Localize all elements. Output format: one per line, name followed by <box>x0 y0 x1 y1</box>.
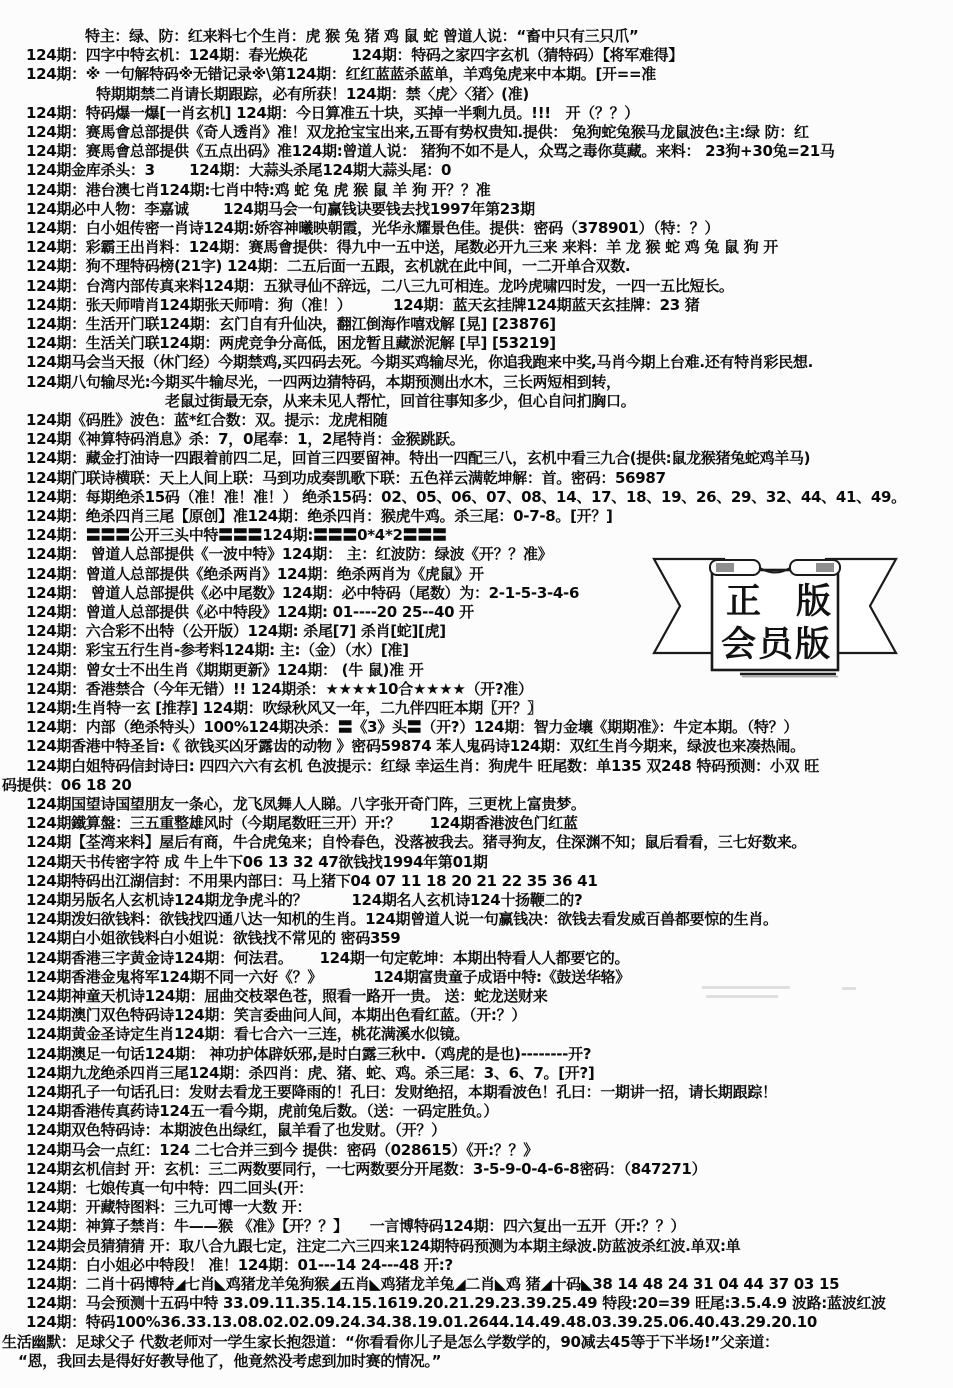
text-line: 124期：特码100%36.33.13.08.02.02.09.24.34.38… <box>26 1313 817 1332</box>
text-line: 124期：狗不理特码榜(21字) 124期：二五后面一五跟，玄机就在此中间，一二… <box>26 257 630 276</box>
text-line: 124期孔子一句话孔曰：发财去看龙王要降雨的！孔曰：发财绝招，本期看波色！孔曰：… <box>26 1083 777 1102</box>
scan-artifact <box>702 986 790 989</box>
text-line: 124期九龙绝杀四肖三尾124期：杀四肖：虎、猪、蛇、鸡。杀三尾：3、6、7。[… <box>26 1064 594 1083</box>
text-line: 124期香港金鬼将军124期不同一六好《？》 124期富贵童子成语中特:《鼓送华… <box>26 968 630 987</box>
text-line: 124期：曾道人总部提供《绝杀两肖》124期：绝杀两肖为《虎鼠》开 <box>26 565 484 584</box>
text-line: 124期：曾道人总部提供《必中特段》124期: 01----20 25--40 … <box>26 603 474 622</box>
text-line: 124期： 曾道人总部提供《必中尾数》124期：必中特码（尾数）为：2-1-5-… <box>26 584 579 603</box>
text-line: 码提供：06 18 20 <box>2 776 131 795</box>
scroll-roll-shade-left <box>716 563 734 572</box>
text-line: 124期马会当天报（休门经）今期禁鸡,买四码去死。今期买鸡输尽光，你追我跑来中奖… <box>26 353 813 372</box>
text-line: 124期：白小姐必中特段！ 准！124期：01---14 24---48 开:? <box>26 1256 453 1275</box>
text-line: 124期：六合彩不出特（公开版）124期: 杀尾[7] 杀肖[蛇][虎] <box>26 622 446 641</box>
text-line: 124期白姐特码信封诗曰: 四四六六有玄机 色波提示：红绿 幸运生肖：狗虎牛 旺… <box>26 757 819 776</box>
text-line: 124期泼妇欲钱料：欲钱找四通八达一知机的生肖。124期曾道人说一句赢钱决：欲钱… <box>26 910 778 929</box>
banner-text-bottom: 会员版 <box>721 624 832 665</box>
text-line: 124期马会一点红：124 二七合并三到今 提供：密码（028615）《开:？？… <box>26 1141 538 1160</box>
text-line: 124期：绝杀四肖三尾【原创】准124期：绝杀四肖：猴虎牛鸡。杀三尾：0-7-8… <box>26 507 613 526</box>
text-line: 124期鐵算盤：三五重整雄风时（今期尾数旺三开）开:？ 124期香港波色门红蓝 <box>26 814 578 833</box>
text-line: 124期国望诗国望朋友一条心，龙飞凤舞人人睇。八字张开奇门阵，三更枕上富贵梦。 <box>26 795 586 814</box>
text-line: 124期：〓〓〓公开三头中特〓〓〓124期:〓〓〓0*4*2〓〓〓 <box>26 526 447 545</box>
text-line: 124期：彩宝五行生肖-参考料124期: 主:（金）（水）[准] <box>26 641 409 660</box>
text-line: 124期：赛馬會总部提供《五点出码》准124期:曾道人说： 猪狗不如不是人，众骂… <box>26 142 835 161</box>
text-line: 124期玄机信封 开：玄机：三二两数要同行，一七两数要分开尾数：3-5-9-0-… <box>26 1160 706 1179</box>
text-line: 124期白小姐欲钱料白小姐说：欲钱找不常见的 密码359 <box>26 929 400 948</box>
text-line: 124期门联诗横联：天上人间上联：马到功成奏凯歌下联：五色祥云满乾坤解：首。密码… <box>26 469 666 488</box>
ribbon-banner-graphic: 正 版 会员版 <box>644 550 906 678</box>
text-line: 124期八句输尽光:今期买牛输尽光，一四两边猜特码，本期预测出水木，三长两短相到… <box>26 373 621 392</box>
text-line: 124期：神算子禁肖：牛——猴 《准》【开？？】 一言博特码124期：四六复出一… <box>26 1217 685 1236</box>
text-line: 124期：香港禁合（今年无错）!! 124期杀：★★★★10合★★★★（开?准） <box>26 680 533 699</box>
text-line: 124期：生活开门联124期：玄门自有升仙决，翻江倒海作嘻戏解 [晃] [238… <box>26 315 556 334</box>
scroll-roll-shade-right <box>816 563 834 572</box>
text-line: 124期： 曾道人总部提供《一波中特》124期： 主：红波防：绿波《开？？准》 <box>26 545 552 564</box>
text-line: 124期会员猜猜猜 开：取八合九跟七定，注定二六三四来124期特码预测为本期主绿… <box>26 1237 740 1256</box>
text-line: 124期必中人物：李嘉诚 124期马会一句赢钱诀要钱去找1997年第23期 <box>26 200 535 219</box>
text-line: 124期：港台澳七肖124期:七肖中特:鸡 蛇 兔 虎 猴 鼠 羊 狗 开？？准 <box>26 181 490 200</box>
text-line: 老鼠过街最无奈，从来未见人帮忙，回首往事知多少，但心自问扪胸口。 <box>165 392 635 411</box>
text-line: 124期天书传密字符 成 牛上牛下06 13 32 47欲钱找1994年第01期 <box>26 853 488 872</box>
text-line: 特期期禁二肖请长期跟踪，必有所获！124期：禁〈虎〉〈猪〉(准) <box>96 85 529 104</box>
text-line: 124期：生活关门联124期：两虎竞争分高低，困龙暂且藏淤泥解 [早] [532… <box>26 334 556 353</box>
text-line: 124期：七娘传真一句中特：四二回头(开： <box>26 1179 313 1198</box>
tipsheet-page: 特主：绿、防：红来料七个生肖：虎 猴 兔 猪 鸡 鼠 蛇 曾道人说：“畜中只有三… <box>0 0 953 1388</box>
text-line: 124期：台湾内部传真来料124期：五狱寻仙不辞远，二八三九可相连。龙吟虎啸四时… <box>26 277 734 296</box>
text-line: 124期：特码爆一爆[一肖玄机] 124期：今日算准五十块，买掉一半剩九员。!!… <box>26 104 639 123</box>
text-line: 生活幽默：足球父子 代数老师对一学生家长抱怨道：“你看看你儿子是怎么学数学的，9… <box>2 1333 779 1352</box>
banner-text-top: 正 版 <box>726 581 831 622</box>
text-line: 124期香港中特圣旨:《 欲钱买凶牙露齿的动物 》密码59874 苯人鬼码诗12… <box>26 737 805 756</box>
authentic-member-edition-banner: 正 版 会员版 <box>644 550 906 678</box>
text-line: 124期：每期绝杀15码（准！准！准！） 绝杀15码：02、05、06、07、0… <box>26 488 906 507</box>
text-line: 124期:生肖特一玄 [推荐] 124期：吹绿秋风又一年，二九伴四旺本期〖开？〗 <box>26 699 542 718</box>
text-line: 124期《神算特码消息》杀：7，0尾奉：1，2尾特肖：金猴跳跃。 <box>26 430 464 449</box>
text-line: 124期：白小姐传密一肖诗124期:娇容神曦映朝霞，光华永耀景色佳。提供：密码（… <box>26 219 719 238</box>
text-line: 124期：藏金打油诗一四跟着前四二足，回首三四要留神。特出一四配三八，玄机中看三… <box>26 449 810 468</box>
text-line: 124期香港三字黄金诗124期：何法君。 124期一句定乾坤：本期出特看人人都要… <box>26 949 629 968</box>
text-line: 124期：彩霸王出肖料：124期：赛馬會提供：得九中一五中送，尾数必开九三来 来… <box>26 238 778 257</box>
text-line: 124期澳门双色特码诗124期：笑言委曲问人间，本期出色看红蓝。（开:？） <box>26 1006 526 1025</box>
text-line: 124期：开藏特图料：三九可博一大数 开： <box>26 1198 311 1217</box>
text-line: 124期香港传真药诗124五一看今期，虎前兔后数。（送：一码定胜负。） <box>26 1102 498 1121</box>
text-line: “恩，我回去是得好好教导他了，他竟然没考虑到加时赛的情况。” <box>18 1352 441 1371</box>
text-line: 124期：内部（绝杀特头）100%124期决杀：〓《3》头〓（开?）124期：智… <box>26 718 798 737</box>
text-line: 124期：赛馬會总部提供《奇人透肖》准！双龙抢宝宝出来,五哥有势权贵知.提供： … <box>26 123 809 142</box>
text-line: 特主：绿、防：红来料七个生肖：虎 猴 兔 猪 鸡 鼠 蛇 曾道人说：“畜中只有三… <box>85 27 638 46</box>
text-line: 124期金库杀头：3 124期：大蒜头杀尾124期大蒜头尾：0 <box>26 161 451 180</box>
text-line: 124期《码胜》波色：蓝*红合数：双。提示：龙虎相随 <box>26 411 387 430</box>
text-line: 124期：二肖十码博特◢七肖◣鸡猪龙羊兔狗猴◢五肖◣鸡猪龙羊兔◢二肖◣鸡 猪◢十… <box>26 1275 839 1294</box>
scan-artifact <box>842 987 856 990</box>
text-line: 124期：曾女士不出生肖《期期更新》124期： (牛 鼠)准 开 <box>26 661 423 680</box>
text-line: 124期特码出江湖信封：不用果内部曰：马上猪下04 07 11 18 20 21… <box>26 872 597 891</box>
text-line: 124期双色特码诗：本期波色出绿红，鼠羊看了也发财。（开？） <box>26 1121 446 1140</box>
text-line: 124期：马会预测十五码中特 33.09.11.35.14.15.1619.20… <box>26 1294 886 1313</box>
text-line: 124期澳足一句话124期： 神功护体辟妖邪,是时白露三秋中.（鸡虎的是也)--… <box>26 1045 591 1064</box>
text-line: 124期：四字中特玄机：124期：春光焕花 124期：特码之家四字玄机（猜特码）… <box>26 46 683 65</box>
text-line: 124期：张天师啃肖124期张天师啃：狗（准！） 124期：蓝天玄挂牌124期蓝… <box>26 296 699 315</box>
text-line: 124期黄金圣诗定生肖124期：看七合六一三连，桃花满溪水似镜。 <box>26 1025 469 1044</box>
text-line: 124期【荃湾来料】屋后有商，牛合虎兔来；自怜春色，没落被我去。猪寻狗友，住深渊… <box>26 833 806 852</box>
scan-artifact <box>706 995 778 998</box>
text-line: 124期另版名人玄机诗124期龙争虎斗的？ 124期名人玄机诗124十扬鞭二的? <box>26 891 582 910</box>
text-line: 124期：※ 一句解特码※无错记录※\第124期：红红蓝蓝杀蓝单，羊鸡兔虎来中本… <box>26 65 656 84</box>
text-line: 124期神童天机诗124期：屈曲交枝翠色苍，照看一路开一贵。 送：蛇龙送财来 <box>26 987 547 1006</box>
